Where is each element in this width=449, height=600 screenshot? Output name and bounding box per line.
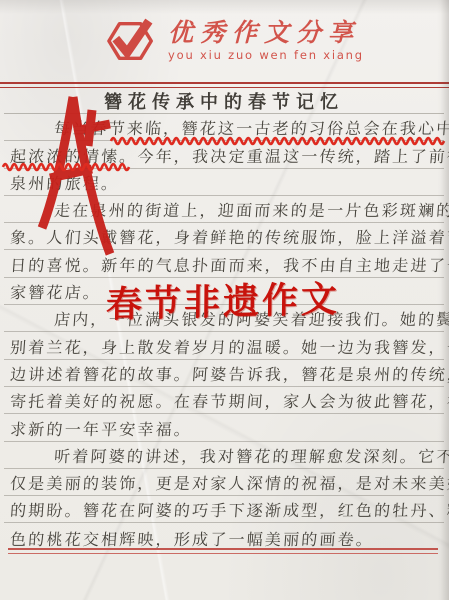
essay-line: 寄托着美好的祝愿。在春节期间，家人会为彼此簪花，祈	[4, 387, 444, 414]
grade-mark-a-plus: A+	[26, 90, 130, 258]
check-hexagon-icon	[106, 16, 158, 66]
essay-line-text: 听着阿婆的讲述，我对簪花的理解愈发深刻。它不仅	[53, 450, 449, 466]
essay-line-text: 的期盼。簪花在阿婆的巧手下逐渐成型，红色的牡丹、粉	[9, 504, 449, 520]
essay-title: 簪花传承中的春节记忆	[104, 93, 344, 113]
brand-header: 优秀作文分享 you xiu zuo wen fen xiang	[106, 16, 364, 66]
essay-line-text: 求新的一年平安幸福。	[9, 423, 192, 439]
essay-line-text: 色的桃花交相辉映，形成了一幅美丽的画卷。	[9, 533, 374, 549]
essay-line-text: 仅是美丽的装饰，更是对家人深情的祝福，是对未来美好	[9, 477, 449, 493]
essay-line: 仅是美丽的装饰，更是对家人深情的祝福，是对未来美好	[4, 469, 444, 496]
wavy-underline-icon	[111, 135, 447, 147]
essay-line: 的期盼。簪花在阿婆的巧手下逐渐成型，红色的牡丹、粉	[4, 496, 444, 523]
essay-line-text: 边讲述着簪花的故事。阿婆告诉我，簪花是泉州的传统，	[9, 368, 449, 384]
essay-line: 边讲述着簪花的故事。阿婆告诉我，簪花是泉州的传统，	[4, 360, 444, 387]
essay-line-text: 别着兰花，身上散发着岁月的温暖。她一边为我簪发，一	[9, 341, 449, 357]
grade-a-plus-icon	[26, 90, 130, 258]
essay-line: 听着阿婆的讲述，我对簪花的理解愈发深刻。它不仅	[4, 442, 444, 469]
brand-title: 优秀作文分享	[168, 20, 364, 48]
brand-pinyin: you xiu zuo wen fen xiang	[168, 48, 364, 62]
essay-line: 色的桃花交相辉映，形成了一幅美丽的画卷。	[4, 523, 444, 550]
wavy-underline-icon	[3, 161, 132, 173]
essay-line-text: 寄托着美好的祝愿。在春节期间，家人会为彼此簪花，祈	[9, 395, 449, 411]
header-divider-line	[0, 82, 449, 88]
essay-photo-page: 优秀作文分享 you xiu zuo wen fen xiang 簪花传承中的春…	[0, 0, 449, 600]
essay-line-text: 日的喜悦。新年的气息扑面而来，我不由自主地走进了一	[9, 259, 449, 275]
essay-line: 求新的一年平安幸福。	[4, 414, 444, 441]
essay-line: 别着兰花，身上散发着岁月的温暖。她一边为我簪发，一	[4, 332, 444, 359]
brand-text-block: 优秀作文分享 you xiu zuo wen fen xiang	[168, 20, 364, 63]
bottom-red-divider	[8, 548, 438, 554]
red-stamp-text: 春节非遗作文	[88, 271, 358, 329]
